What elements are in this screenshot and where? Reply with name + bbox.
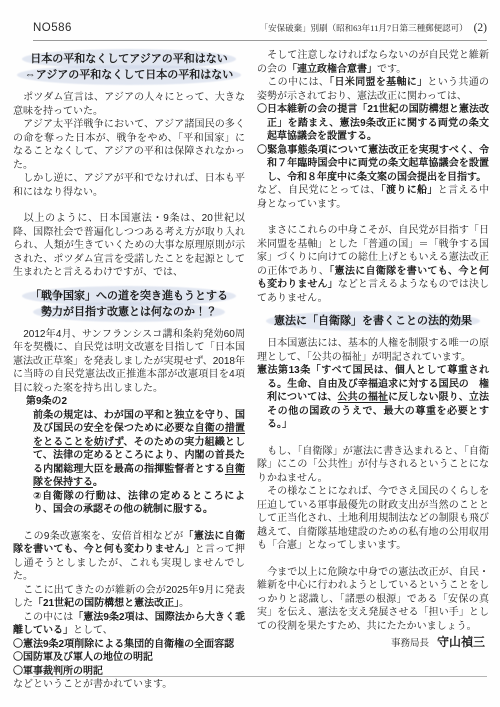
bullet-item-national-army: 〇国防軍及び軍人の地位の明記 [13, 651, 245, 665]
underlined-public-welfare: 公共の福祉 [338, 392, 389, 403]
publication-info: 「安保破棄」別刷（昭和63年11月7日第三種郵便認可） (2) [260, 22, 487, 34]
article-9-2-clause1: 前条の規定は、わが国の平和と独立を守り、国及び国民の安全を保つために必要な自衛の… [33, 409, 245, 490]
page-header: NO586 「安保破棄」別刷（昭和63年11月7日第三種郵便認可） (2) [33, 22, 487, 34]
bullet-item-emergency-clause: 〇緊急事態条項について憲法改正を実現すべく、令和７年臨時国会中に両党の条文起草協… [257, 144, 489, 185]
section-heading-war-state: 「戦争国家」への道を突き進もうとする 勢力が目指す改憲とは何なのか！？ [13, 288, 245, 320]
bullet-item-drafting-council: 〇日本維新の会の提言「21世紀の国防構想と憲法改正」を踏まえ、憲法9条改正に関す… [257, 103, 489, 144]
signature-name: 守山禎三 [437, 635, 485, 649]
text-run: です。 [377, 64, 406, 75]
text-run: など、自民党にとっては、 [257, 185, 381, 196]
paragraph-public-welfare: 日本国憲法には、基本的人権を制限する唯一の原理として、「公共の福祉」が明記されて… [257, 337, 489, 364]
article-13-quote: 憲法第13条「すべて国民は、個人として尊重される。生命、自由及び幸福追求に対する… [257, 364, 489, 432]
bold-quote: 「日米同盟を基軸に」 [329, 77, 427, 88]
section-heading-legal-effect: 憲法に「自衛隊」を書くことの法的効果 [257, 313, 489, 329]
paragraph-alliance-axis: この中には、「日米同盟を基軸に」という共通の姿勢が示されており、憲法改正に関わっ… [257, 76, 489, 103]
article-9-2-quote: 前条の規定は、わが国の平和と独立を守り、国及び国民の安全を保つために必要な自衛の… [13, 409, 245, 517]
text-run: として、 [73, 625, 113, 636]
spacer [257, 432, 489, 445]
heading-line-1: 憲法に「自衛隊」を書くことの法的効果 [272, 313, 474, 329]
content-columns: 日本の平和なくしてアジアの平和はない ⇔アジアの平和なくして日本の平和はない ポ… [13, 49, 489, 692]
page-number: (2) [474, 22, 487, 34]
bold-quote: 「21世紀の国防構想と憲法改正」 [33, 598, 179, 609]
paragraph-reverse: しかし逆に、アジアが平和でなければ、日本も平和にはなり得ない。 [13, 172, 245, 199]
paragraph-ishin-proposal: ここに出てきたのが維新の会が2025年9月に発表した「21世紀の国防構想と憲法改… [13, 584, 245, 611]
article-9-2-title: 第9条の2 [13, 395, 245, 409]
paragraph-coalition-agreement: そして注意しなければならないのが自民党と維新の会の「連立政権合意書」です。 [257, 49, 489, 76]
text-run: この中には [13, 612, 73, 623]
spacer [13, 280, 245, 286]
newsletter-page: NO586 「安保破棄」別刷（昭和63年11月7日第三種郵便認可） (2) 日本… [0, 0, 500, 707]
signature: 事務局長守山禎三 [257, 636, 489, 652]
text-run: この中には、 [257, 77, 329, 88]
spacer [13, 517, 245, 530]
text-run: この9条改憲案を、安倍首相などが [13, 531, 184, 542]
left-column: 日本の平和なくしてアジアの平和はない ⇔アジアの平和なくして日本の平和はない ポ… [13, 49, 245, 692]
header-divider [33, 40, 487, 41]
paragraph-consequences: その様なことになれば、今でさえ国民のくらしを圧迫している軍事最優先の財政支出が当… [257, 485, 489, 553]
text-run: 。 [179, 598, 189, 609]
section-heading-peace: 日本の平和なくしてアジアの平和はない ⇔アジアの平和なくして日本の平和はない [13, 51, 245, 83]
article-text: 。 [93, 477, 103, 488]
heading-line-2: 勢力が目指す改憲とは何なのか！？ [39, 304, 219, 320]
paragraph-publicness-risk: もし、「自衛隊」が憲法に書き込まれると、「自衛隊」にこの「公共性」が付与されると… [257, 445, 489, 486]
paragraph-godsend: など、自民党にとっては、「渡りに船」と言える中身となっています。 [257, 184, 489, 211]
bold-quote: 「連立政権合意書」 [287, 64, 377, 75]
spacer [257, 211, 489, 224]
signature-title: 事務局長 [391, 639, 429, 649]
paragraph-abe-claim: この9条改憲案を、安倍首相などが「憲法に自衛隊を書いても、今と何も変わりません」… [13, 530, 245, 584]
article-9-2-clause2: ②自衛隊の行動は、法律の定めるところにより、国会の承認その他の統制に服する。 [33, 490, 245, 517]
spacer [13, 199, 245, 212]
footer-divider [33, 676, 487, 677]
bold-quote: 「渡りに船」 [381, 185, 438, 196]
paragraph-potsdam: ポツダム宣言は、アジアの人々にとって、大きな意味を持っていた。 [13, 91, 245, 118]
paragraph-true-nature: まさにこれらの中身こそが、自民党が目指す「日米同盟を基軸」とした「普通の国」＝「… [257, 224, 489, 305]
heading-line-2: ⇔アジアの平和なくして日本の平和はない [23, 67, 236, 83]
paragraph-closing-left: などということが書かれています。 [13, 678, 245, 692]
right-column: そして注意しなければならないのが自民党と維新の会の「連立政権合意書」です。 この… [257, 49, 489, 692]
paragraph-call-to-action: 今まで以上に危険な中身での憲法改正が、自民・維新を中心に行われようとしているとい… [257, 566, 489, 634]
paragraph-deviation-claim: この中には「憲法9条2項は、国際法から大きく乖離している」として、 [13, 611, 245, 638]
issue-number: NO586 [33, 22, 72, 34]
spacer [257, 553, 489, 566]
publication-title: 「安保破棄」別刷（昭和63年11月7日第三種郵便認可） [260, 22, 468, 34]
paragraph-article9-origin: 以上のように、日本国憲法・9条は、20世紀以降、国際社会で普遍化しつつある考え方… [13, 212, 245, 280]
paragraph-2012-draft: 2012年4月、サンフランシスコ講和条約発効60周年を契機に、自民党は明文改憲を… [13, 328, 245, 396]
paragraph-asia-pacific-war: アジア太平洋戦争において、アジア諸国民の多くの命を奪った日本が、戦争をやめ、「平… [13, 118, 245, 172]
bullet-item-collective-defense: 〇憲法9条2項削除による集団的自衛権の全面容認 [13, 638, 245, 652]
